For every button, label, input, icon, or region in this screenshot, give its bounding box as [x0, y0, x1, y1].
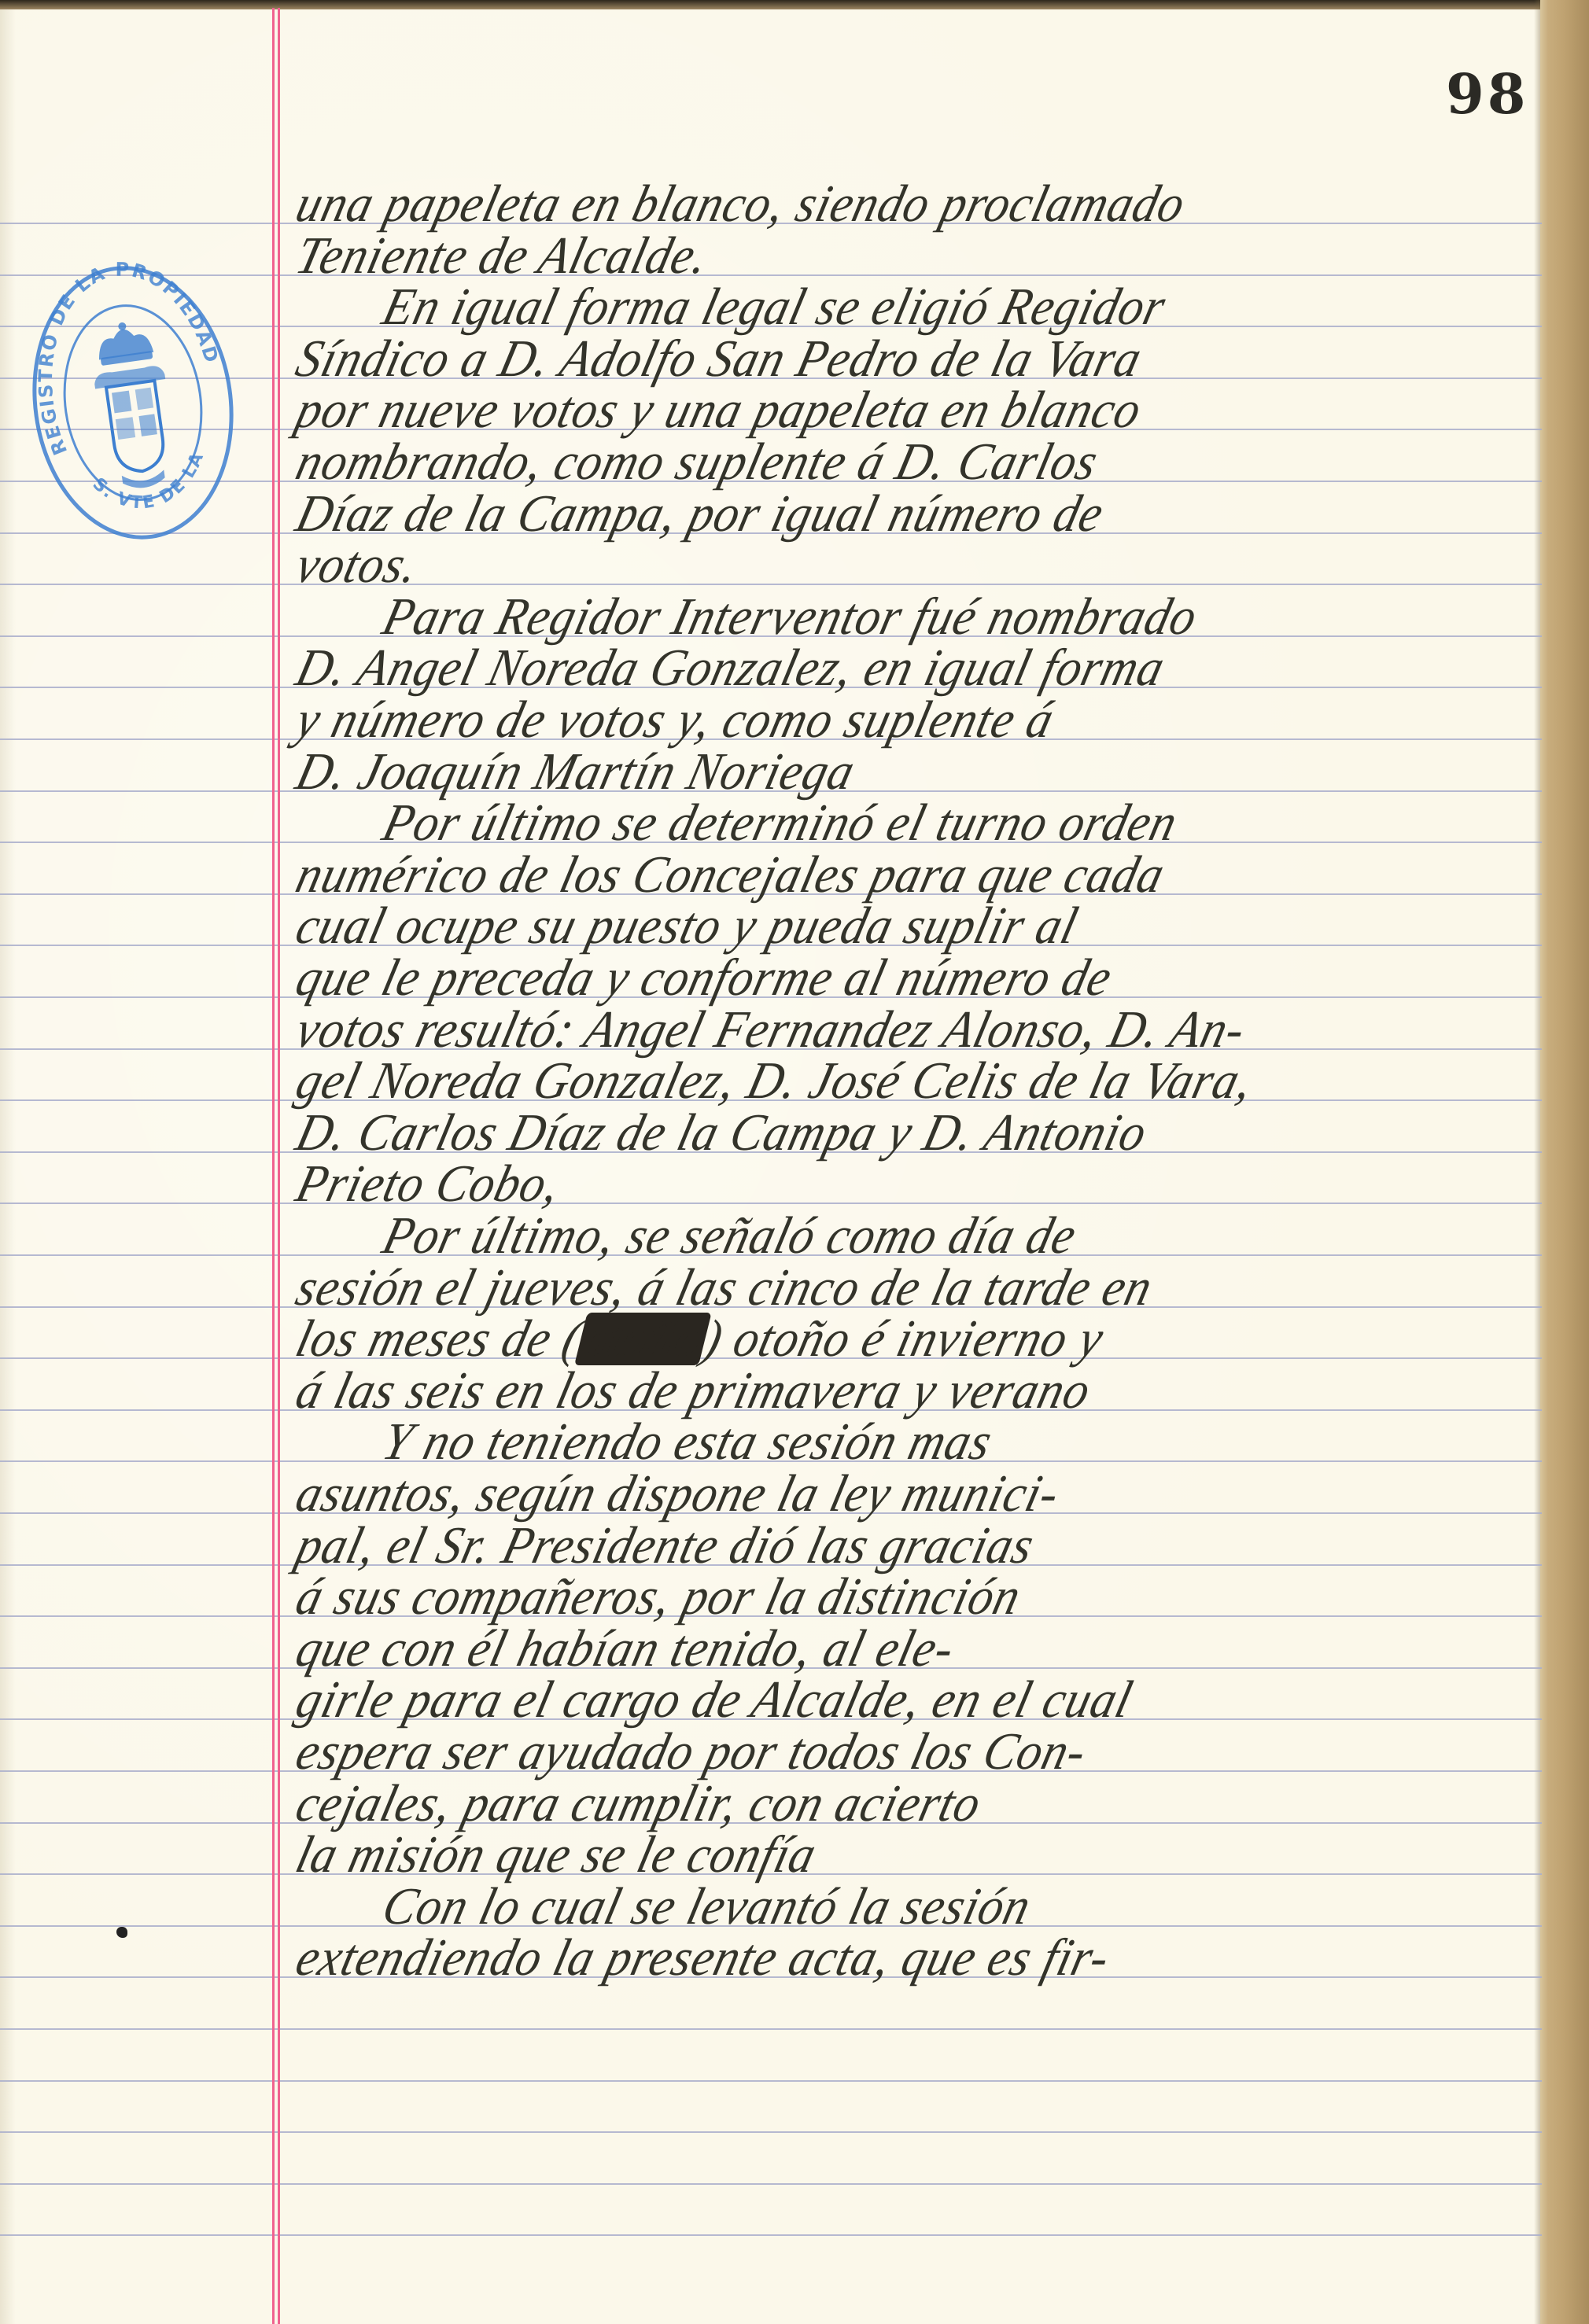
handwritten-line: girle para el cargo de Alcalde, en el cu…: [291, 1674, 1137, 1726]
book-top-edge: [0, 0, 1589, 9]
handwritten-line: á las seis en los de primavera y verano: [291, 1365, 1096, 1417]
ruled-line: [0, 2234, 1542, 2236]
handwritten-line: asuntos, según dispone la ley munici-: [291, 1468, 1065, 1520]
handwritten-line: Díaz de la Campa, por igual número de: [291, 488, 1109, 540]
ruled-line: [0, 584, 1542, 585]
gutter-shadow: [1534, 0, 1540, 2324]
ruled-line: [0, 2080, 1542, 2082]
stamp-seal-icon: REGISTRO DE LA PROPIEDAD S. VTE DE LA BA…: [11, 249, 255, 558]
book-spine: [1540, 0, 1589, 2324]
handwritten-line: y número de votos y, como suplente á: [291, 694, 1060, 746]
handwritten-line: Prieto Cobo,: [291, 1158, 566, 1210]
handwritten-line: extendiendo la presente acta, que es fir…: [291, 1932, 1115, 1984]
handwritten-line: pal, el Sr. Presidente dió las gracias: [291, 1519, 1039, 1572]
handwritten-line: por nueve votos y una papeleta en blanco: [291, 384, 1147, 436]
handwritten-line: votos resultó: Angel Fernandez Alonso, D…: [291, 1004, 1251, 1056]
handwritten-line: cual ocupe su puesto y pueda suplir al: [291, 900, 1083, 952]
ruled-line: [0, 2028, 1542, 2030]
handwritten-line: á sus compañeros, por la distinción: [291, 1571, 1027, 1623]
handwritten-line: una papeleta en blanco, siendo proclamad…: [291, 178, 1191, 230]
registry-stamp: REGISTRO DE LA PROPIEDAD S. VTE DE LA BA…: [11, 249, 255, 558]
handwritten-line: sesión el jueves, á las cinco de la tard…: [291, 1261, 1158, 1314]
ruled-line: [0, 2131, 1542, 2133]
handwritten-line: En igual forma legal se eligió Regidor: [378, 281, 1171, 333]
ruled-line: [0, 274, 1542, 276]
handwritten-line: Síndico a D. Adolfo San Pedro de la Vara: [291, 333, 1147, 385]
margin-line-left: [272, 8, 275, 2324]
handwritten-line: numérico de los Concejales para que cada: [291, 849, 1170, 901]
handwritten-line: que le preceda y conforme al número de: [291, 952, 1117, 1004]
handwritten-line: D. Angel Noreda Gonzalez, en igual forma: [291, 642, 1171, 694]
handwritten-line: los meses de (otoño) otoño é invierno y: [291, 1313, 1109, 1365]
handwritten-line: Para Regidor Interventor fué nombrado: [378, 591, 1203, 643]
handwritten-line: Teniente de Alcalde.: [291, 230, 714, 282]
handwritten-line: espera ser ayudado por todos los Con-: [291, 1726, 1092, 1778]
struck-out-word: otoño: [574, 1313, 711, 1365]
handwritten-line: Por último, se señaló como día de: [378, 1210, 1082, 1262]
handwritten-line: D. Carlos Díaz de la Campa y D. Antonio: [291, 1107, 1152, 1159]
page-number: 98: [1446, 61, 1528, 127]
handwritten-line: Con lo cual se levantó la sesión: [378, 1880, 1036, 1933]
handwritten-line: gel Noreda Gonzalez, D. José Celis de la…: [291, 1055, 1259, 1107]
handwritten-line: la misión que se le confía: [291, 1829, 822, 1881]
handwritten-line: que con él habían tenido, al ele-: [291, 1622, 960, 1675]
handwritten-line: Y no teniendo esta sesión mas: [378, 1416, 997, 1468]
ruled-line: [0, 1203, 1542, 1204]
handwritten-line: votos.: [291, 539, 424, 591]
ruled-line: [0, 2183, 1542, 2185]
handwritten-line: Por último se determinó el turno orden: [378, 797, 1183, 849]
handwritten-line: cejales, para cumplir, con acierto: [291, 1777, 986, 1830]
margin-line-right: [278, 8, 280, 2324]
ink-blot: [116, 1927, 127, 1938]
handwritten-line: D. Joaquín Martín Noriega: [291, 746, 861, 798]
handwritten-line: nombrando, como suplente á D. Carlos: [291, 436, 1104, 488]
